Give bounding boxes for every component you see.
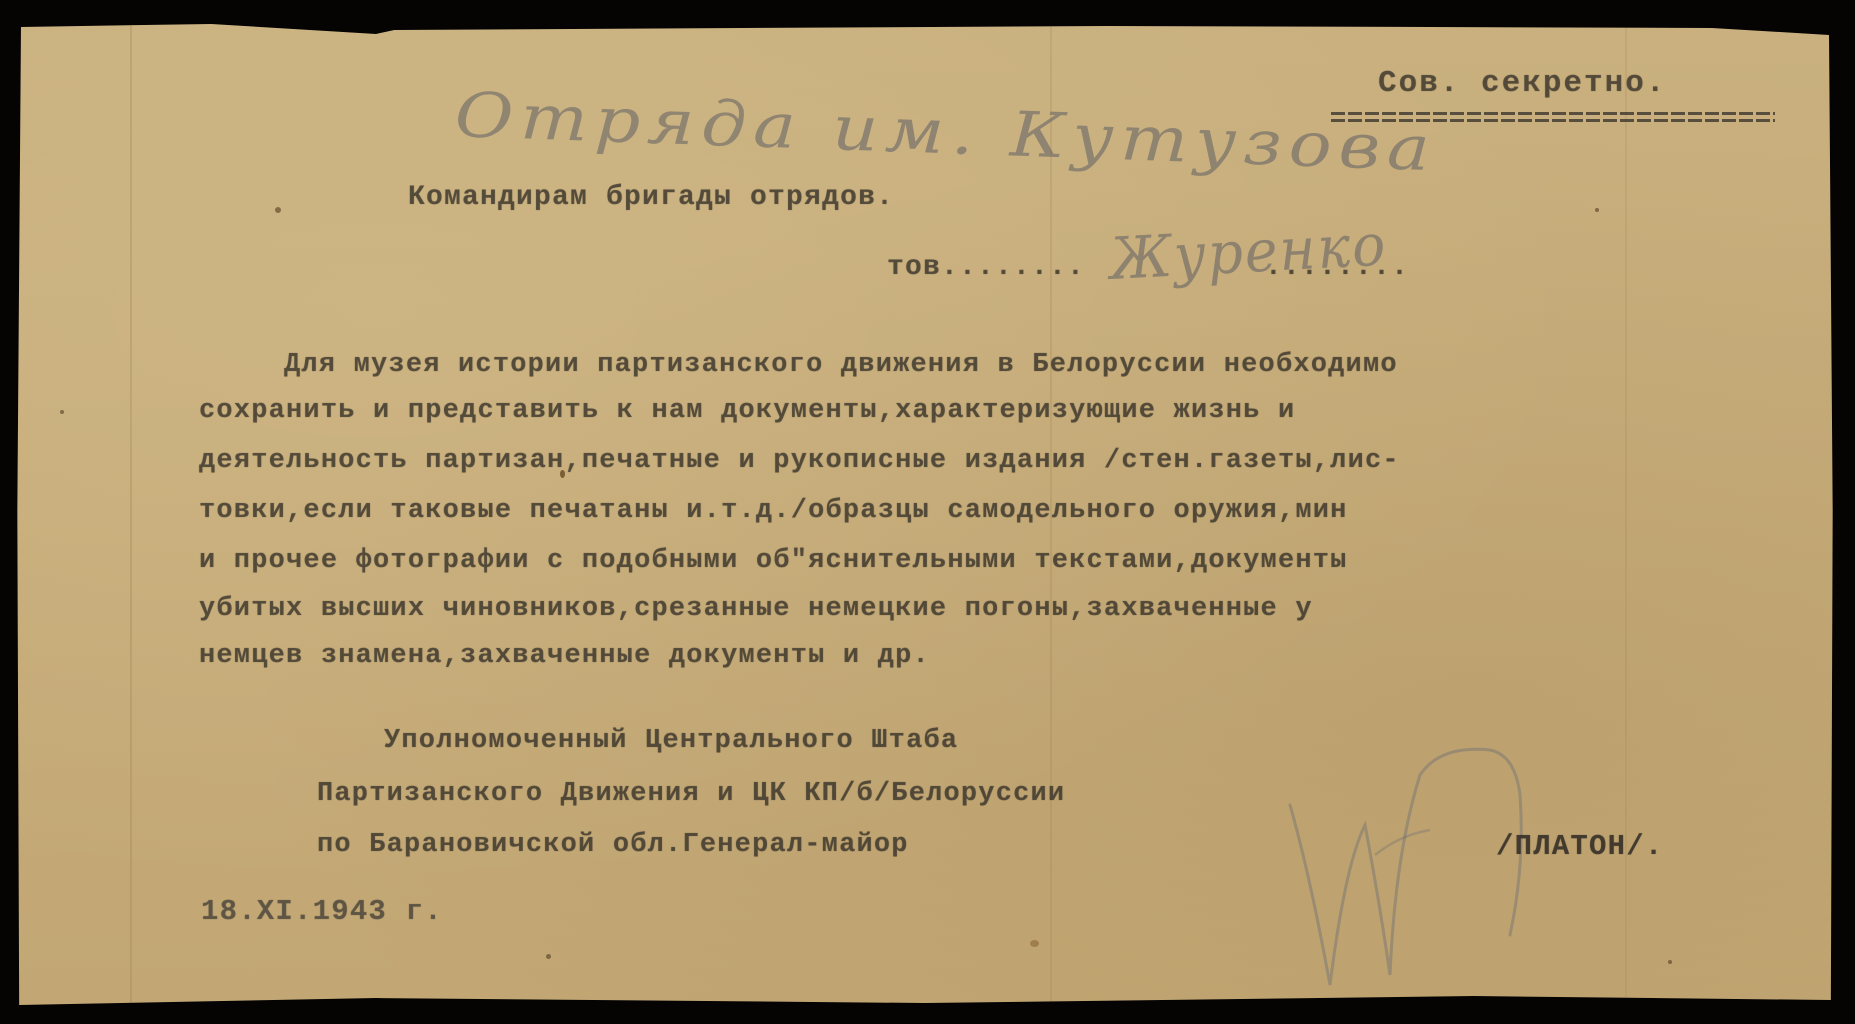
document-date: 18.XI.1943 г.	[201, 895, 443, 928]
body-line: убитых высших чиновников,срезанные немец…	[199, 594, 1313, 624]
handwritten-comrade-name: Журенко	[1108, 211, 1389, 293]
paper-stain	[1668, 960, 1672, 964]
signature-block-line: по Барановичской обл.Генерал-майор	[317, 830, 909, 860]
body-line: и прочее фотографии с подобными об"яснит…	[199, 546, 1348, 576]
signatory-name: /ПЛАТОН/.	[1496, 830, 1663, 863]
paper-stain	[60, 410, 64, 414]
classification-underline	[1331, 119, 1775, 122]
body-line: деятельность партизан,печатные и рукопис…	[199, 446, 1400, 476]
signature-block-line: Партизанского Движения и ЦК КП/б/Белорус…	[317, 779, 1065, 809]
comrade-dots: .......	[959, 252, 1085, 283]
body-line: немцев знамена,захваченные документы и д…	[199, 641, 930, 671]
body-line: товки,если таковые печатаны и.т.д./образ…	[199, 496, 1348, 526]
handwritten-signature-icon	[1270, 735, 1570, 1015]
body-line: Для музея истории партизанского движения…	[284, 350, 1398, 380]
body-line: сохранить и представить к нам документы,…	[199, 396, 1295, 426]
paper-stain	[275, 207, 281, 213]
fold-crease	[130, 12, 132, 1010]
signature-block-line: Уполномоченный Центрального Штаба	[384, 726, 958, 756]
classification-underline	[1331, 112, 1775, 115]
paper-stain	[1595, 208, 1599, 212]
comrade-prefix: тов.	[887, 252, 959, 283]
addressee-line: Командирам бригады отрядов.	[408, 182, 894, 213]
paper-stain	[546, 954, 551, 959]
classification-label: Сов. секретно.	[1378, 66, 1666, 101]
paper-stain	[1030, 940, 1039, 947]
